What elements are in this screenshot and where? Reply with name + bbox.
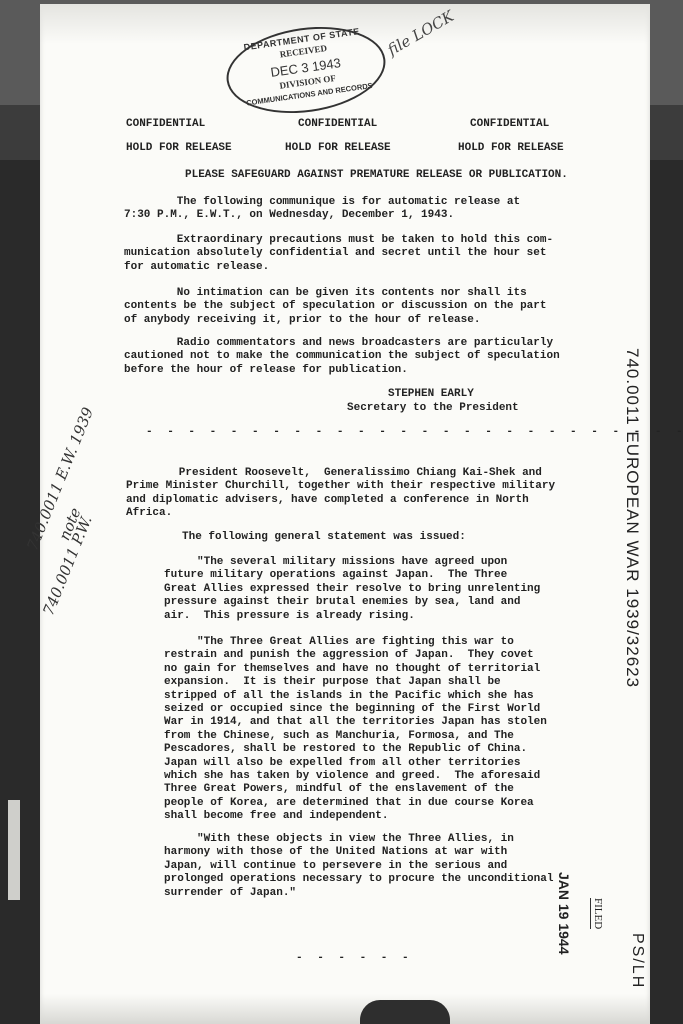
file-number-stamp: 740.0011 EUROPEAN WAR 1939/32623 — [622, 348, 642, 688]
statement-quote-1: "The several military missions have agre… — [164, 556, 540, 623]
communique-intro: President Roosevelt, Generalissimo Chian… — [126, 467, 555, 521]
torn-bottom-edge — [40, 994, 650, 1024]
confidential-label-center: CONFIDENTIAL — [298, 118, 377, 132]
release-paragraph-3: No intimation can be given its contents … — [124, 287, 546, 327]
release-paragraph-4: Radio commentators and news broadcasters… — [124, 337, 560, 377]
hold-label-center: HOLD FOR RELEASE — [285, 142, 391, 156]
statement-intro: The following general statement was issu… — [182, 531, 466, 545]
end-mark: - - - - - - — [296, 952, 413, 964]
statement-quote-3: "With these objects in view the Three Al… — [164, 833, 553, 900]
signature-title: Secretary to the President — [347, 402, 519, 416]
safeguard-notice: PLEASE SAFEGUARD AGAINST PREMATURE RELEA… — [185, 169, 568, 183]
filed-stamp: FILED — [590, 898, 604, 929]
document-page: DEPARTMENT OF STATE RECEIVED DEC 3 1943 … — [40, 4, 650, 1024]
release-paragraph-2: Extraordinary precautions must be taken … — [124, 234, 553, 274]
release-paragraph-1: The following communique is for automati… — [124, 196, 520, 223]
signature-name: STEPHEN EARLY — [388, 388, 474, 402]
scan-edge-strip — [8, 800, 20, 900]
hold-label-right: HOLD FOR RELEASE — [458, 142, 564, 156]
filed-date-stamp: JAN 19 1944 — [556, 872, 572, 955]
initials-stamp: PS/LH — [628, 933, 646, 989]
statement-quote-2: "The Three Great Allies are fighting thi… — [164, 636, 547, 824]
section-separator: - - - - - - - - - - - - - - - - - - - - … — [146, 426, 683, 438]
confidential-label-left: CONFIDENTIAL — [126, 118, 205, 132]
hold-label-left: HOLD FOR RELEASE — [126, 142, 232, 156]
scan-shadow-blot — [360, 1000, 450, 1024]
confidential-label-right: CONFIDENTIAL — [470, 118, 549, 132]
